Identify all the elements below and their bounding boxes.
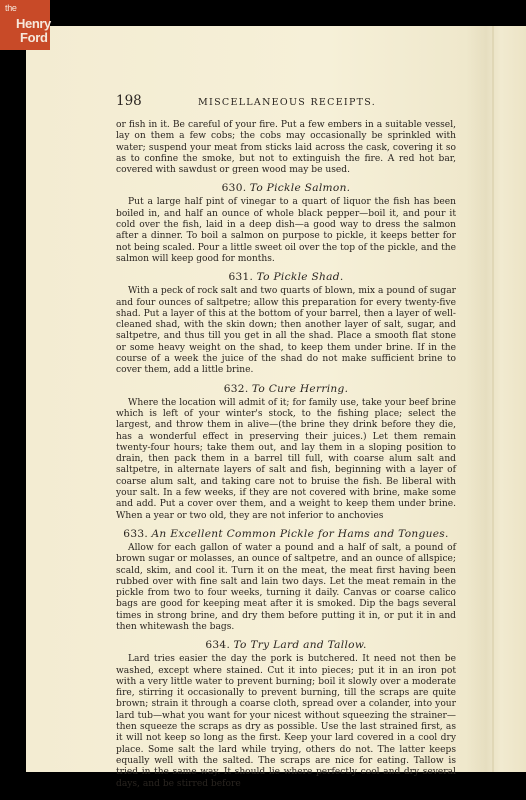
- page-number: 198: [116, 96, 198, 107]
- intro-paragraph: or fish in it. Be careful of your fire. …: [116, 120, 456, 176]
- page-edge-shadow: [492, 26, 494, 772]
- recipe-title: 633. An Excellent Common Pickle for Hams…: [116, 528, 456, 540]
- recipe-number: 634.: [205, 639, 230, 651]
- recipe-number: 632.: [224, 383, 249, 395]
- recipe-text: Allow for each gallon of water a pound a…: [116, 543, 456, 633]
- recipe-title: 630. To Pickle Salmon.: [116, 182, 456, 194]
- recipe-text: With a peck of rock salt and two quarts …: [116, 286, 456, 376]
- recipe-634: 634. To Try Lard and Tallow. Lard tries …: [116, 639, 456, 790]
- logo-ford: Ford: [20, 31, 48, 44]
- recipe-number: 633.: [123, 528, 148, 540]
- recipe-name: To Try Lard and Tallow.: [234, 639, 367, 651]
- page-header: 198 MISCELLANEOUS RECEIPTS.: [116, 96, 456, 118]
- recipe-text: Put a large half pint of vinegar to a qu…: [116, 197, 456, 265]
- recipe-name: An Excellent Common Pickle for Hams and …: [151, 528, 448, 540]
- recipe-text: Lard tries easier the day the pork is bu…: [116, 654, 456, 790]
- recipe-number: 631.: [228, 271, 253, 283]
- recipe-633: 633. An Excellent Common Pickle for Hams…: [116, 528, 456, 633]
- recipe-title: 632. To Cure Herring.: [116, 383, 456, 395]
- recipe-name: To Cure Herring.: [252, 383, 348, 395]
- recipe-number: 630.: [222, 182, 247, 194]
- logo-henry: Henry: [16, 17, 51, 30]
- recipe-name: To Pickle Salmon.: [250, 182, 351, 194]
- recipe-text: Where the location will admit of it; for…: [116, 398, 456, 522]
- recipe-631: 631. To Pickle Shad. With a peck of rock…: [116, 271, 456, 376]
- henry-ford-logo: the Henry Ford: [0, 0, 50, 50]
- recipe-name: To Pickle Shad.: [257, 271, 344, 283]
- page-content: 198 MISCELLANEOUS RECEIPTS. or fish in i…: [116, 96, 456, 790]
- running-head: MISCELLANEOUS RECEIPTS.: [198, 97, 376, 108]
- recipe-630: 630. To Pickle Salmon. Put a large half …: [116, 182, 456, 265]
- recipe-632: 632. To Cure Herring. Where the location…: [116, 383, 456, 522]
- recipe-title: 631. To Pickle Shad.: [116, 271, 456, 283]
- logo-the: the: [5, 4, 17, 13]
- recipe-title: 634. To Try Lard and Tallow.: [116, 639, 456, 651]
